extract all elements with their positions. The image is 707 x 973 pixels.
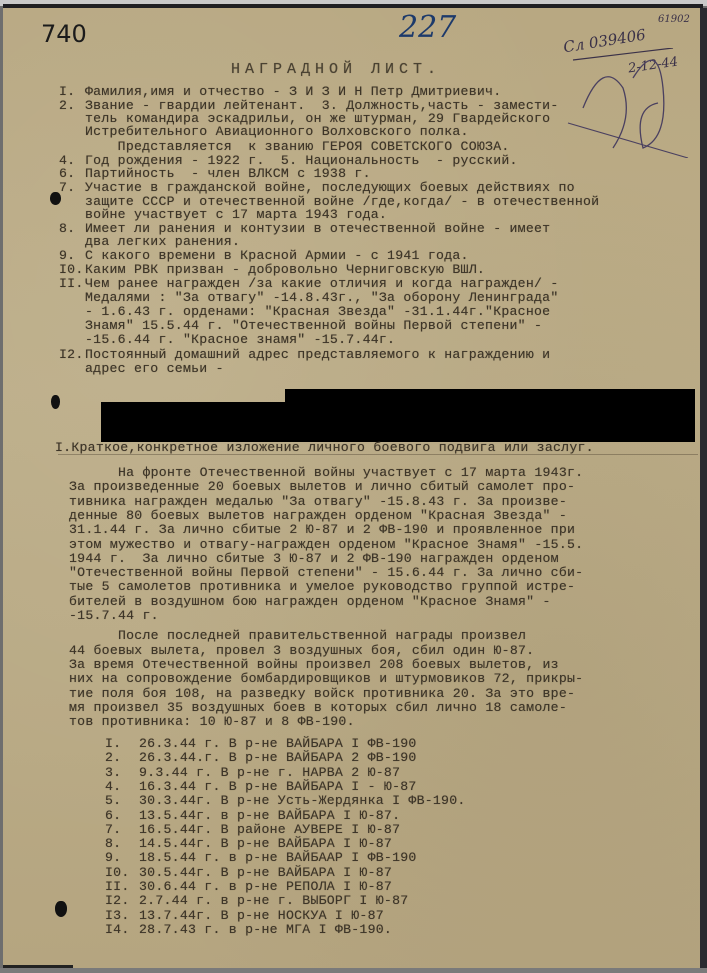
narrative-line: денные 80 боевых вылетов награжден орден… bbox=[69, 508, 567, 523]
field-line: два легких ранения. bbox=[85, 234, 240, 249]
blue-ink-number: 227 bbox=[399, 10, 456, 45]
corner-mark: 61902 bbox=[658, 14, 690, 25]
victory-entry: 18.5.44 г. в р-не ВАЙБААР I ФВ-190 bbox=[139, 850, 417, 865]
victory-entry: 26.3.44.г. В р-не ВАЙБАРА 2 ФВ-190 bbox=[139, 750, 417, 765]
narrative-line: 31.1.44 г. За лично сбитые 2 Ю-87 и 2 ФВ… bbox=[69, 522, 575, 537]
victory-number: I2. bbox=[105, 893, 130, 908]
field-line: Истребительного Авиационного Волховского… bbox=[85, 124, 469, 139]
field-line: Знамя" 15.5.44 г. "Отечественной войны П… bbox=[85, 318, 542, 333]
field-number: I2. bbox=[59, 347, 84, 362]
narrative-line: За произведенные 20 боевых вылетов и лич… bbox=[69, 479, 575, 494]
field-line: - 1.6.43 г. орденами: "Красная Звезда" -… bbox=[85, 304, 550, 319]
victory-number: I3. bbox=[105, 908, 130, 923]
victory-number: 2. bbox=[105, 750, 121, 765]
field-number: II. bbox=[59, 276, 84, 291]
narrative-line: мя произвел 35 воздушных боев в которых … bbox=[69, 700, 567, 715]
section-heading: I.Краткое,конкретное изложение личного б… bbox=[55, 440, 594, 455]
sheet-number: 740 bbox=[41, 20, 87, 48]
victory-number: II. bbox=[105, 879, 130, 894]
field-number: 2. bbox=[59, 98, 75, 113]
victory-number: I0. bbox=[105, 865, 130, 880]
narrative-line: тивника награжден медалью "За отвагу" -1… bbox=[69, 494, 567, 509]
victory-entry: 13.7.44г. В р-не НОСКУА I Ю-87 bbox=[139, 908, 384, 923]
victory-number: 3. bbox=[105, 765, 121, 780]
document-title: НАГРАДНОЙ ЛИСТ. bbox=[231, 62, 441, 77]
narrative-line: После последней правительственной наград… bbox=[69, 628, 526, 643]
redaction-block bbox=[101, 402, 695, 442]
field-line: Участие в гражданской войне, последующих… bbox=[85, 180, 575, 195]
victory-entry: 2.7.44 г. в р-не г. ВЫБОРГ I Ю-87 bbox=[139, 893, 408, 908]
narrative-line: 1944 г. За лично сбитые 3 Ю-87 и 2 ФВ-19… bbox=[69, 551, 559, 566]
victory-number: 5. bbox=[105, 793, 121, 808]
field-line: войне участвует с 17 марта 1943 года. bbox=[85, 207, 387, 222]
victory-entry: 28.7.43 г. в р-не МГА I ФВ-190. bbox=[139, 922, 392, 937]
victory-entry: 26.3.44 г. В р-не ВАЙБАРА I ФВ-190 bbox=[139, 736, 417, 751]
punch-hole bbox=[50, 192, 61, 205]
narrative-line: "Отечественной войны Первой степени" - 1… bbox=[69, 565, 583, 580]
scan-right-edge bbox=[700, 8, 707, 973]
field-line: -15.6.44 г. "Красное знамя" -15.7.44г. bbox=[85, 332, 395, 347]
field-number: 9. bbox=[59, 248, 75, 263]
victory-number: I. bbox=[105, 736, 121, 751]
field-line: Медалями : "За отвагу" -14.8.43г., "За о… bbox=[85, 290, 559, 305]
heading-underline bbox=[58, 454, 698, 455]
field-line: Каким РВК призван - добровольно Чернигов… bbox=[85, 262, 485, 277]
victory-number: 8. bbox=[105, 836, 121, 851]
victory-number: 7. bbox=[105, 822, 121, 837]
victory-entry: 30.3.44г. В р-не Усть-Жердянка I ФВ-190. bbox=[139, 793, 466, 808]
field-line: С какого времени в Красной Армии - с 194… bbox=[85, 248, 469, 263]
field-number: 8. bbox=[59, 221, 75, 236]
narrative-line: бителей в воздушном бою награжден ордено… bbox=[69, 594, 551, 609]
field-line: адрес его семьи - bbox=[85, 361, 224, 376]
field-number: I. bbox=[59, 84, 75, 99]
victory-entry: 16.3.44 г. В р-не ВАЙБАРА I - Ю-87 bbox=[139, 779, 417, 794]
victory-entry: 16.5.44г. В районе АУВЕРЕ I Ю-87 bbox=[139, 822, 400, 837]
victory-entry: 9.3.44 г. В р-не г. НАРВА 2 Ю-87 bbox=[139, 765, 400, 780]
narrative-line: тые 5 самолетов противника и умелое руко… bbox=[69, 579, 575, 594]
victory-entry: 13.5.44г. в р-не ВАЙБАРА I Ю-87. bbox=[139, 808, 400, 823]
redaction-bar bbox=[285, 389, 695, 403]
victory-entry: 30.6.44 г. в р-не РЕПОЛА I Ю-87 bbox=[139, 879, 392, 894]
narrative-line: них на сопровождение бомбардировщиков и … bbox=[69, 671, 583, 686]
narrative-line: этом мужество и отвагу-награжден орденом… bbox=[69, 537, 583, 552]
narrative-line: 44 боевых вылета, провел 3 воздушных боя… bbox=[69, 643, 534, 658]
field-line: Чем ранее награжден /за какие отличия и … bbox=[85, 276, 559, 291]
narrative-line: тов противника: 10 Ю-87 и 8 ФВ-190. bbox=[69, 714, 355, 729]
field-number: 7. bbox=[59, 180, 75, 195]
victory-number: 6. bbox=[105, 808, 121, 823]
narrative-line: На фронте Отечественной войны участвует … bbox=[69, 465, 583, 480]
narrative-line: тие поля боя 108, на разведку войск прот… bbox=[69, 686, 575, 701]
narrative-line: -15.7.44 г. bbox=[69, 608, 159, 623]
field-number: I0. bbox=[59, 262, 84, 277]
viewer-frame-bottom bbox=[0, 968, 707, 973]
award-sheet: 740 227 Cл 039406 2-12-44 61902 НАГРАДНО… bbox=[3, 8, 700, 968]
field-line: Партийность - член ВЛКСМ с 1938 г. bbox=[85, 166, 371, 181]
pencil-signature-scribble bbox=[563, 48, 693, 158]
field-line: Фамилия,имя и отчество - З И З И Н Петр … bbox=[85, 84, 501, 99]
victory-number: 4. bbox=[105, 779, 121, 794]
narrative-line: За время Отечественной войны произвел 20… bbox=[69, 657, 559, 672]
victory-entry: 30.5.44г. В р-не ВАЙБАРА I Ю-87 bbox=[139, 865, 392, 880]
punch-hole bbox=[55, 901, 67, 917]
victory-number: 9. bbox=[105, 850, 121, 865]
field-number: 6. bbox=[59, 166, 75, 181]
victory-entry: 14.5.44г. В р-не ВАЙБАРА I Ю-87 bbox=[139, 836, 392, 851]
field-line: Постоянный домашний адрес представляемог… bbox=[85, 347, 550, 362]
punch-hole bbox=[51, 395, 60, 409]
field-line: Представляется к званию ГЕРОЯ СОВЕТСКОГО… bbox=[85, 139, 510, 154]
victory-number: I4. bbox=[105, 922, 130, 937]
